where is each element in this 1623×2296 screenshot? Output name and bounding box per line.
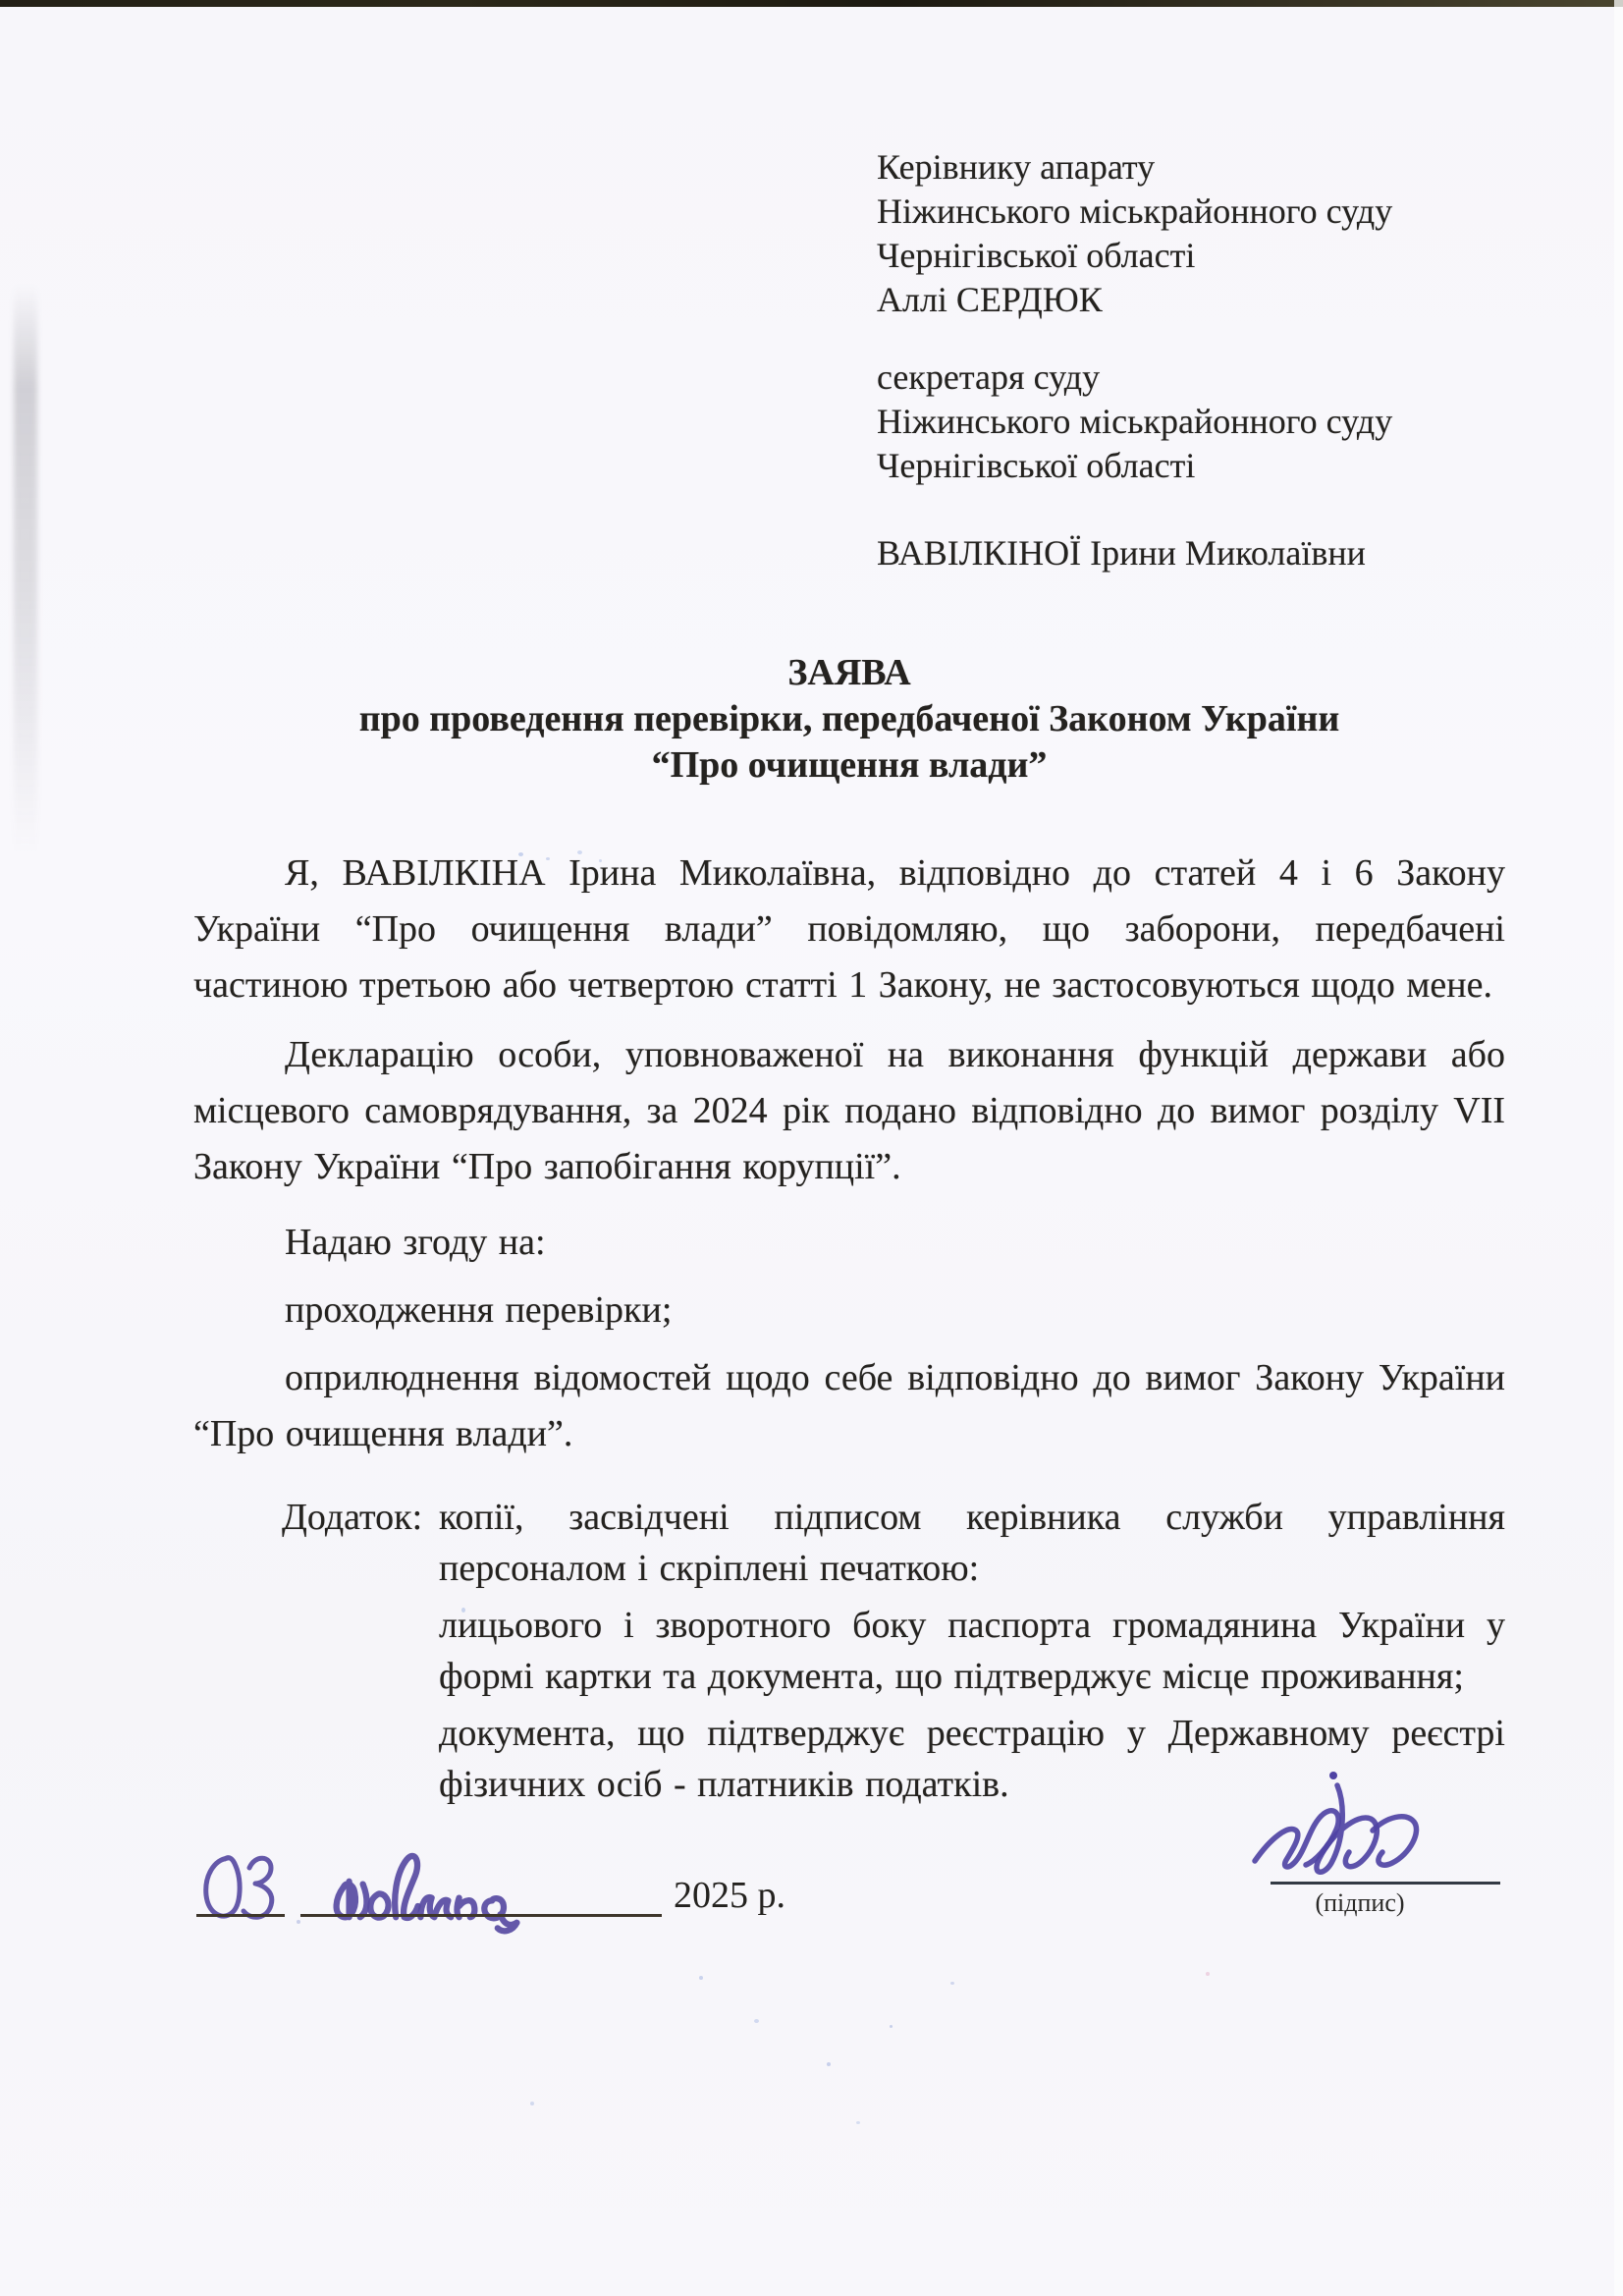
title-line: ЗАЯВА [193,650,1505,696]
recipient-line: Ніжинського міськрайонного суду [877,190,1505,234]
consent-intro: Надаю згоду на: [193,1215,1505,1271]
consent-item: проходження перевірки; [193,1283,1505,1339]
attachment-item: лицьового і зворотного боку паспорта гро… [439,1600,1505,1702]
sender-group: секретаря суду Ніжинського міськрайонног… [877,355,1505,488]
title-line: “Про очищення влади” [193,742,1505,789]
date-month-underline [300,1914,662,1917]
signature-ink-dot [1329,1772,1337,1779]
addressee-group: Керівнику апарату Ніжинського міськрайон… [877,145,1505,322]
consent-item: оприлюднення відомостей щодо себе відпов… [193,1350,1505,1462]
document-title: ЗАЯВА про проведення перевірки, передбач… [193,650,1505,789]
recipient-line: Керівнику апарату [877,145,1505,190]
recipient-line: Аллі СЕРДЮК [877,278,1505,322]
sender-line: секретаря суду [877,355,1505,400]
scanned-document-page: Керівнику апарату Ніжинського міськрайон… [0,0,1623,2296]
attachment-section: Додаток: копії, засвідчені підписом кері… [193,1492,1505,1810]
scan-right-edge-strip [1614,0,1623,2296]
recipient-block: Керівнику апарату Ніжинського міськрайон… [877,0,1505,575]
paragraph-statement: Я, ВАВІЛКІНА Ірина Миколаївна, відповідн… [193,846,1505,1013]
paragraph-declaration: Декларацію особи, уповноваженої на викон… [193,1027,1505,1195]
scan-left-smudge [14,285,37,854]
handwritten-month [330,1837,536,1941]
document-content: Керівнику апарату Ніжинського міськрайон… [193,0,1505,1816]
signature-underline [1271,1882,1500,1885]
date-day-underline [196,1914,285,1917]
attachment-label: Додаток: [282,1492,422,1543]
applicant-name: ВАВІЛКІНОЇ Ірини Миколаївни [877,531,1505,575]
attachment-item: копії, засвідчені підписом керівника слу… [439,1492,1505,1594]
title-line: про проведення перевірки, передбаченої З… [193,696,1505,742]
date-year-label: 2025 р. [674,1874,785,1917]
sender-line: Чернігівської області [877,444,1505,488]
recipient-line: Чернігівської області [877,234,1505,278]
signature-caption: (підпис) [1262,1888,1458,1918]
sender-line: Ніжинського міськрайонного суду [877,400,1505,444]
signature-handwriting [1245,1768,1490,1890]
